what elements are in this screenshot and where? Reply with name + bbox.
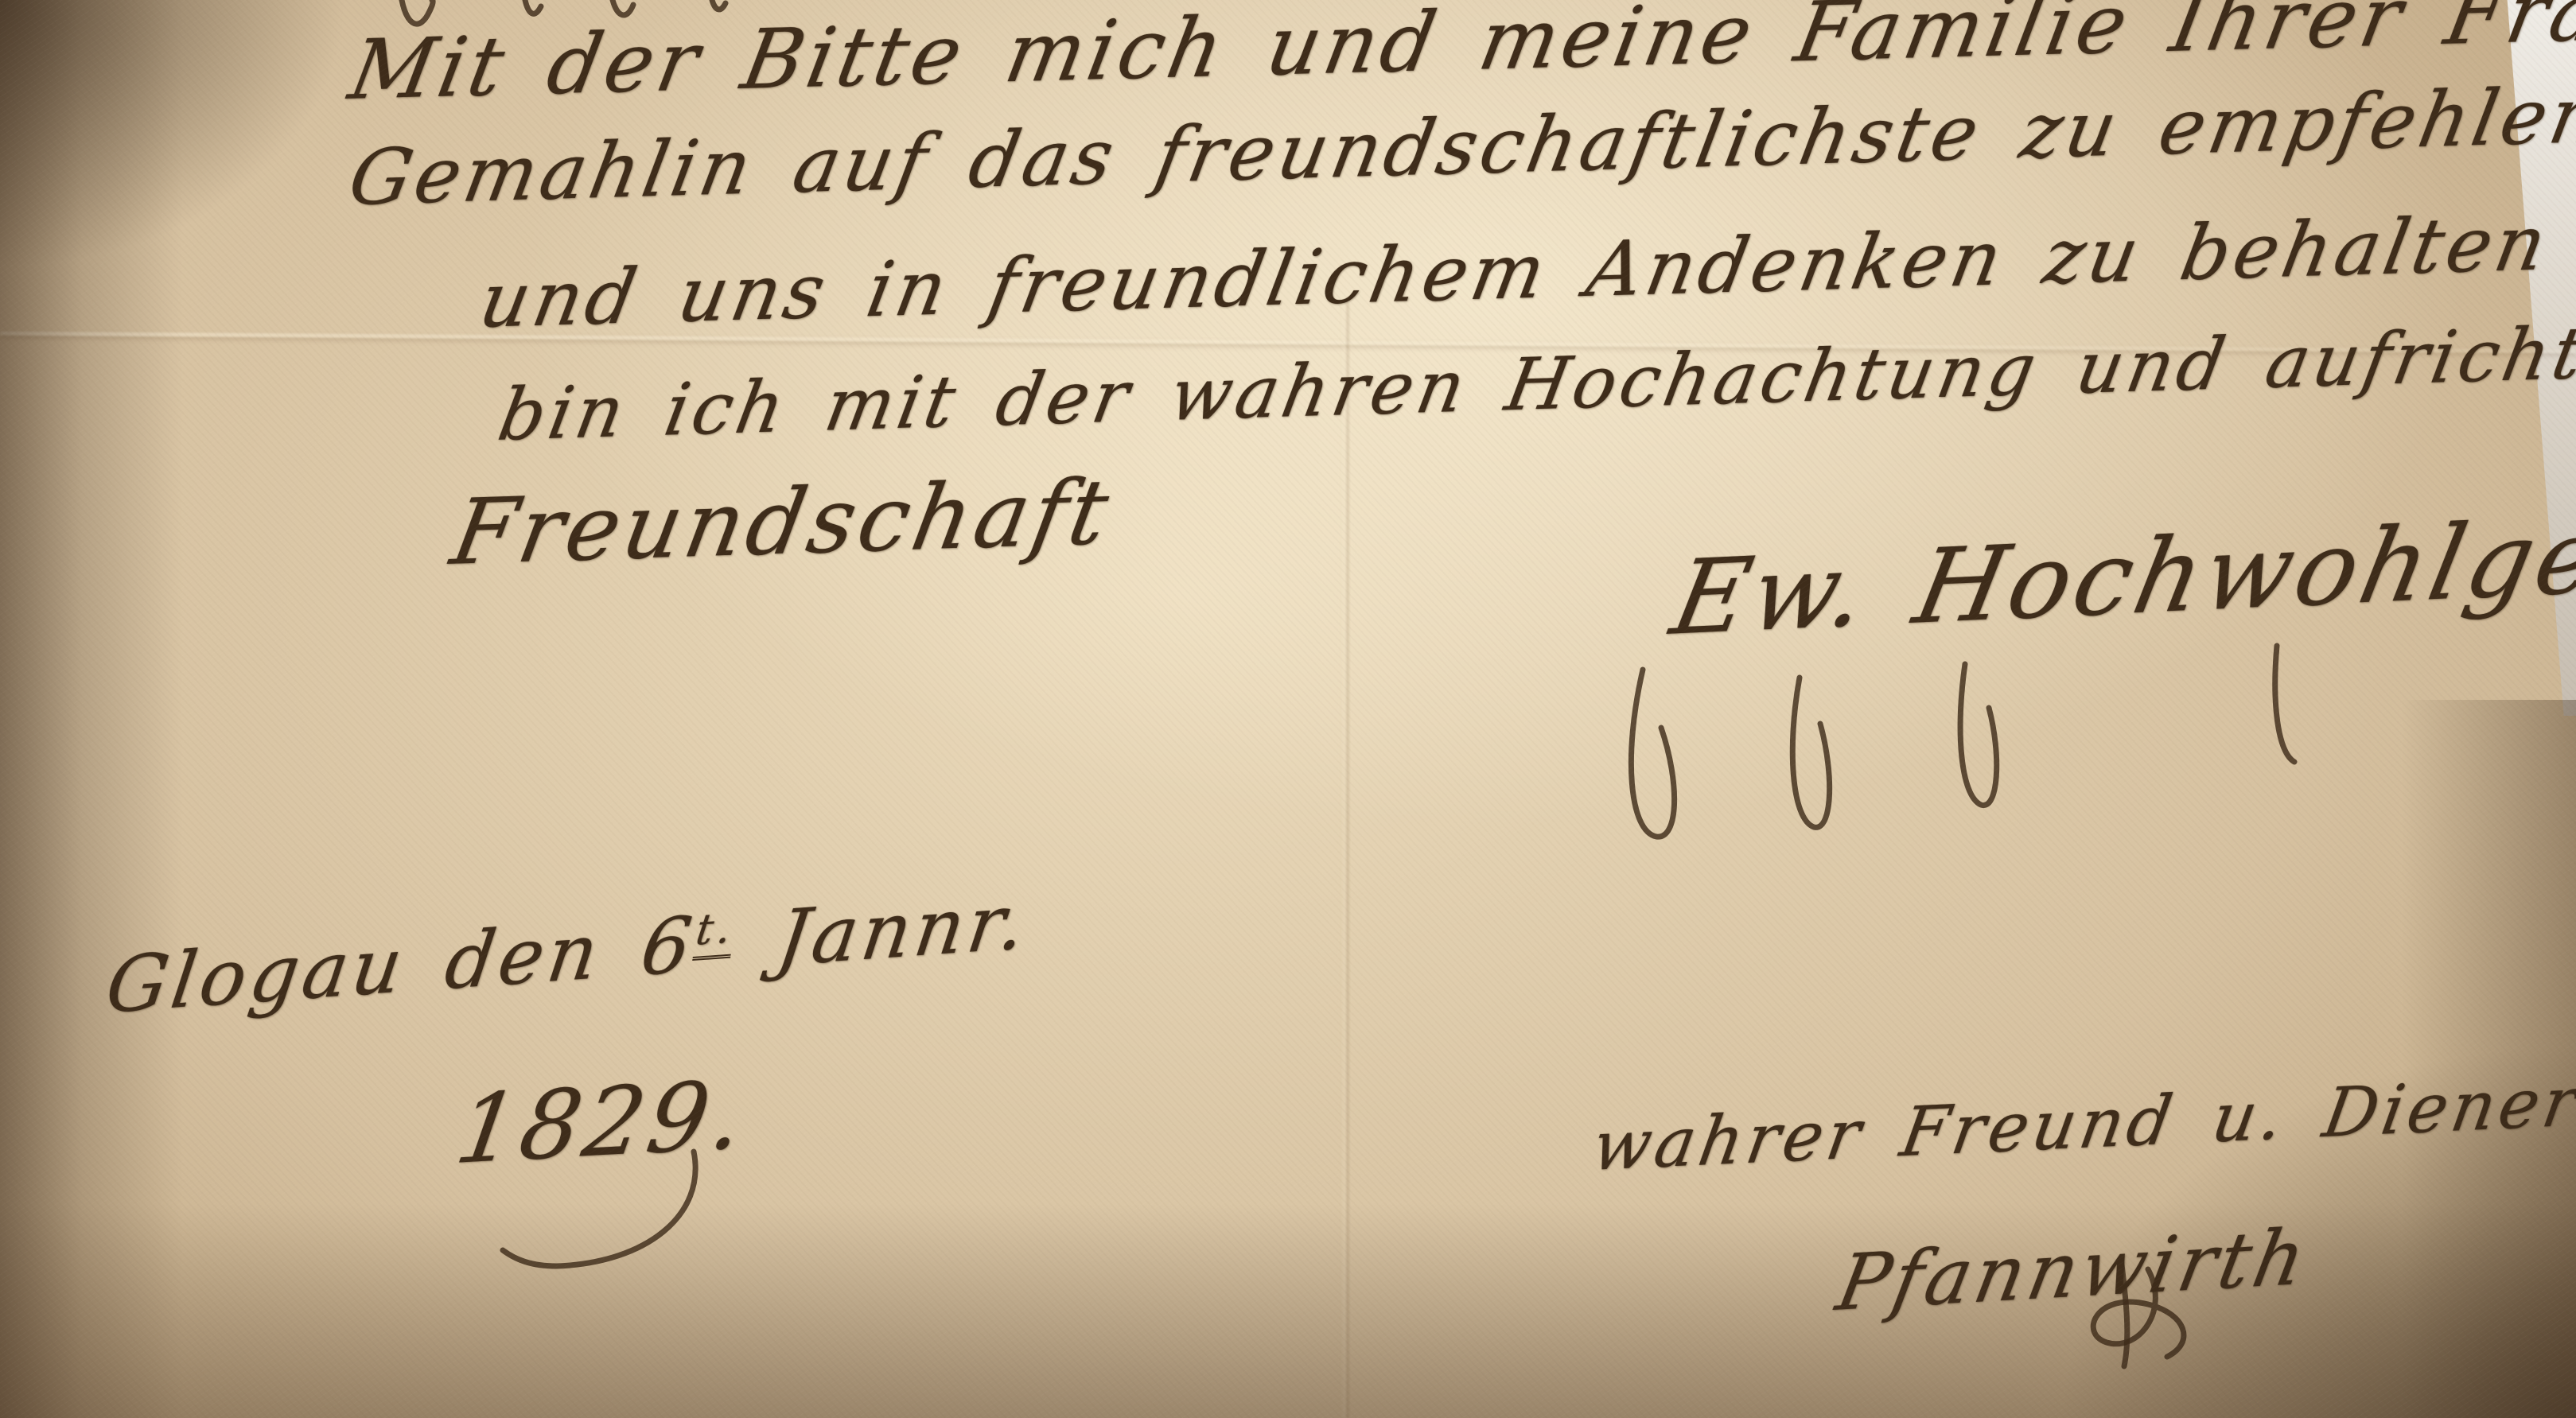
- year-line: 1829.: [450, 1067, 753, 1177]
- letter-line-5: Freundschaft: [446, 467, 1119, 578]
- date-superscript: t.: [692, 903, 738, 961]
- photographed-letter: Mit der Bitte mich und meine Familie Ihr…: [0, 0, 2576, 1418]
